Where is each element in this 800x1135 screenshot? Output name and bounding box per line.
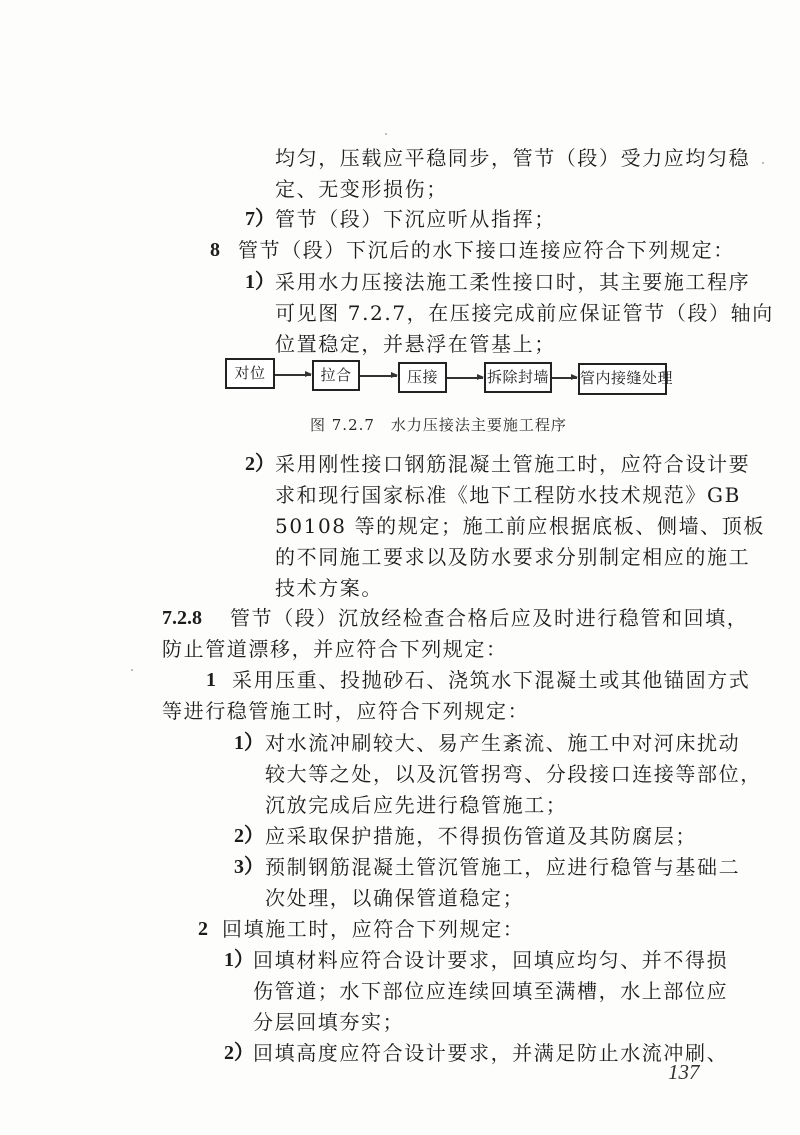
clause-number: 2 <box>198 917 208 941</box>
text-line: 采用水力压接法施工柔性接口时，其主要施工程序 <box>275 270 750 294</box>
figure-caption: 图 7.2.7 水力压接法主要施工程序 <box>310 415 567 435</box>
arrow-right-icon <box>360 375 397 377</box>
flow-step-remove-wall: 拆除封墙 <box>484 362 552 393</box>
text-line: 回填材料应符合设计要求，回填应均匀、并不得损 <box>253 948 728 972</box>
text-line: 求和现行国家标准《地下工程防水技术规范》GB <box>275 483 741 507</box>
flow-step-joint-treatment: 管内接缝处理 <box>578 363 667 395</box>
text-line: 回填施工时，应符合下列规定： <box>222 917 524 941</box>
text-line: 防止管道漂移，并应符合下列规定： <box>162 637 508 661</box>
scan-speck <box>385 133 387 135</box>
text-line: 管节（段）沉放经检查合格后应及时进行稳管和回填， <box>230 606 748 630</box>
text-line: 对水流冲刷较大、易产生紊流、施工中对河床扰动 <box>265 731 740 755</box>
clause-number: 8 <box>210 238 220 262</box>
text-line: 管节（段）下沉后的水下接口连接应符合下列规定： <box>238 238 735 262</box>
clause-number: 1 <box>206 668 216 692</box>
text-line: 定、无变形损伤； <box>275 177 448 201</box>
text-line: 等进行稳管施工时，应符合下列规定： <box>162 699 529 723</box>
text-line: 回填高度应符合设计要求，并满足防止水流冲刷、 <box>253 1041 728 1065</box>
flow-step-press: 压接 <box>398 362 447 393</box>
item-number: 1） <box>245 270 275 294</box>
text-line: 预制钢筋混凝土管沉管施工，应进行稳管与基础二 <box>265 855 740 879</box>
arrow-right-icon <box>275 374 311 376</box>
text-line: 位置稳定，并悬浮在管基上； <box>275 332 556 356</box>
item-number: 2） <box>234 824 264 848</box>
item-number: 2） <box>224 1041 254 1065</box>
text-line: 管节（段）下沉应听从指挥； <box>275 207 556 231</box>
item-number: 3） <box>234 855 264 879</box>
text-line: 采用压重、投抛砂石、浇筑水下混凝土或其他锚固方式 <box>232 668 750 692</box>
text-line: 技术方案。 <box>275 576 383 600</box>
item-number: 7） <box>245 207 275 231</box>
scan-speck <box>762 162 764 164</box>
item-number: 2） <box>245 452 275 476</box>
item-number: 1） <box>234 731 264 755</box>
text-line: 50108 等的规定；施工前应根据底板、侧墙、顶板 <box>275 514 765 538</box>
section-number: 7.2.8 <box>162 606 202 630</box>
text-line: 沉放完成后应先进行稳管施工； <box>265 793 567 817</box>
page-number: 137 <box>668 1060 700 1085</box>
text-line: 的不同施工要求以及防水要求分别制定相应的施工 <box>275 545 750 569</box>
item-number: 1） <box>224 948 254 972</box>
text-line: 采用刚性接口钢筋混凝土管施工时，应符合设计要 <box>275 452 750 476</box>
scan-speck <box>131 669 133 671</box>
text-line: 次处理，以确保管道稳定； <box>265 886 524 910</box>
text-line: 可见图 7.2.7，在压接完成前应保证管节（段）轴向 <box>275 301 774 325</box>
text-line: 伤管道；水下部位应连续回填至满槽，水上部位应 <box>253 979 728 1003</box>
arrow-right-icon <box>552 377 577 379</box>
text-line: 应采取保护措施，不得损伤管道及其防腐层； <box>265 824 697 848</box>
arrow-right-icon <box>447 377 483 379</box>
text-line: 均匀，压载应平稳同步，管节（段）受力应均匀稳 <box>275 146 750 170</box>
text-line: 分层回填夯实； <box>253 1010 404 1034</box>
flow-step-align: 对位 <box>225 358 275 389</box>
flow-step-pull: 拉合 <box>312 360 360 391</box>
text-line: 较大等之处，以及沉管拐弯、分段接口连接等部位， <box>265 762 762 786</box>
